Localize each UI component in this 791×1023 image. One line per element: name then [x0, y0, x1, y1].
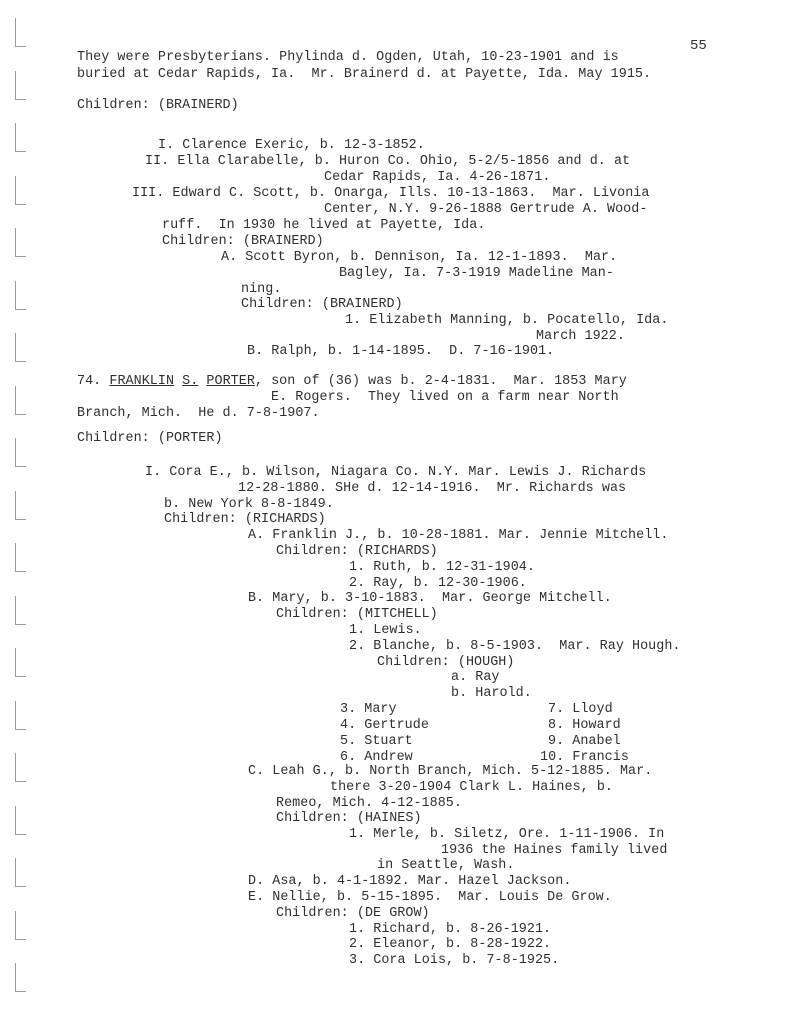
text-line: 2. Eleanor, b. 8-28-1922. — [349, 937, 551, 953]
text-line: 2. Ray, b. 12-30-1906. — [349, 576, 527, 592]
text-line: 12-28-1880. SHe d. 12-14-1916. Mr. Richa… — [238, 481, 626, 497]
text-line: Children: (BRAINERD) — [77, 98, 239, 114]
text-line: Children: (PORTER) — [77, 431, 223, 447]
text-line: III. Edward C. Scott, b. Onarga, Ills. 1… — [132, 186, 649, 202]
text-line: ruff. In 1930 he lived at Payette, Ida. — [162, 218, 485, 234]
text-line: C. Leah G., b. North Branch, Mich. 5-12-… — [248, 764, 652, 780]
text-line: b. Harold. — [451, 686, 532, 702]
text-line: buried at Cedar Rapids, Ia. Mr. Brainerd… — [77, 67, 651, 83]
margin-bracket-mark — [15, 228, 26, 257]
margin-bracket-mark — [15, 753, 26, 782]
text-line: ning. — [241, 282, 281, 298]
margin-bracket-mark — [15, 333, 26, 362]
text-line: March 1922. — [536, 329, 625, 345]
text-line: Center, N.Y. 9-26-1888 Gertrude A. Wood- — [324, 202, 647, 218]
margin-bracket-mark — [15, 281, 26, 310]
text-line: A. Scott Byron, b. Dennison, Ia. 12-1-18… — [221, 250, 617, 266]
text-line: 3. Cora Lois, b. 7-8-1925. — [349, 953, 559, 969]
sibling-list-item: 6. Andrew — [340, 750, 413, 766]
text-line: Children: (RICHARDS) — [164, 512, 326, 528]
margin-bracket-mark — [15, 806, 26, 835]
text-line: 2. Blanche, b. 8-5-1903. Mar. Ray Hough. — [349, 639, 681, 655]
margin-bracket-mark — [15, 386, 26, 415]
margin-bracket-mark — [15, 543, 26, 572]
margin-bracket-mark — [15, 438, 26, 467]
margin-bracket-mark — [15, 71, 26, 100]
text-line: A. Franklin J., b. 10-28-1881. Mar. Jenn… — [248, 528, 668, 544]
margin-bracket-mark — [15, 701, 26, 730]
text-line: I. Cora E., b. Wilson, Niagara Co. N.Y. … — [145, 465, 646, 481]
text-line: D. Asa, b. 4-1-1892. Mar. Hazel Jackson. — [248, 874, 571, 890]
sibling-list-item: 5. Stuart — [340, 734, 413, 750]
text-line: 1. Ruth, b. 12-31-1904. — [349, 560, 535, 576]
margin-bracket-mark — [15, 18, 26, 47]
text-line: Children: (RICHARDS) — [276, 544, 438, 560]
text-line: Bagley, Ia. 7-3-1919 Madeline Man- — [339, 266, 614, 282]
entry-number: 74. — [77, 374, 101, 389]
text-line: Cedar Rapids, Ia. 4-26-1871. — [324, 170, 550, 186]
text-line: 1. Lewis. — [349, 623, 422, 639]
sibling-list-item: 3. Mary — [340, 702, 397, 718]
text-line: E. Nellie, b. 5-15-1895. Mar. Louis De G… — [248, 890, 612, 906]
text-line: Children: (HOUGH) — [377, 655, 514, 671]
sibling-list-item: 4. Gertrude — [340, 718, 429, 734]
text-line: 1. Elizabeth Manning, b. Pocatello, Ida. — [345, 313, 668, 329]
sibling-list-item: 10. Francis — [540, 750, 629, 766]
text-line: Children: (HAINES) — [276, 811, 422, 827]
text-line: Children: (MITCHELL) — [276, 607, 438, 623]
margin-bracket-mark — [15, 911, 26, 940]
text-line: Children: (BRAINERD) — [241, 297, 403, 313]
entry-name-last: PORTER — [206, 374, 255, 389]
margin-bracket-mark — [15, 176, 26, 205]
page-number: 55 — [690, 38, 707, 54]
entry-74-line2: E. Rogers. They lived on a farm near Nor… — [271, 390, 619, 406]
text-line: B. Mary, b. 3-10-1883. Mar. George Mitch… — [248, 591, 612, 607]
text-line: II. Ella Clarabelle, b. Huron Co. Ohio, … — [145, 154, 630, 170]
margin-bracket-mark — [15, 648, 26, 677]
text-line: 1. Merle, b. Siletz, Ore. 1-11-1906. In — [349, 827, 664, 843]
text-line: They were Presbyterians. Phylinda d. Ogd… — [77, 50, 619, 66]
sibling-list-item: 9. Anabel — [548, 734, 621, 750]
text-line: in Seattle, Wash. — [377, 858, 514, 874]
text-line: B. Ralph, b. 1-14-1895. D. 7-16-1901. — [247, 344, 554, 360]
text-line: b. New York 8-8-1849. — [164, 497, 334, 513]
text-line: Children: (BRAINERD) — [162, 234, 324, 250]
text-line: I. Clarence Exeric, b. 12-3-1852. — [158, 138, 425, 154]
text-line: 1936 the Haines family lived — [441, 843, 667, 859]
entry-74-heading: 74. FRANKLIN S. PORTER, son of (36) was … — [77, 374, 627, 390]
entry-name-first: FRANKLIN — [109, 374, 174, 389]
margin-bracket-mark — [15, 963, 26, 992]
text-line: Children: (DE GROW) — [276, 906, 430, 922]
margin-bracket-mark — [15, 491, 26, 520]
text-line: a. Ray — [451, 670, 500, 686]
sibling-list-item: 7. Lloyd — [548, 702, 613, 718]
text-line: 1. Richard, b. 8-26-1921. — [349, 922, 551, 938]
entry-name-middle: S. — [182, 374, 198, 389]
text-line: Remeo, Mich. 4-12-1885. — [276, 796, 462, 812]
sibling-list-item: 8. Howard — [548, 718, 621, 734]
margin-bracket-mark — [15, 123, 26, 152]
margin-bracket-mark — [15, 596, 26, 625]
margin-bracket-mark — [15, 858, 26, 887]
entry-74-line3: Branch, Mich. He d. 7-8-1907. — [77, 406, 320, 422]
entry-line1-rest: , son of (36) was b. 2-4-1831. Mar. 1853… — [255, 374, 627, 389]
text-line: there 3-20-1904 Clark L. Haines, b. — [330, 780, 613, 796]
